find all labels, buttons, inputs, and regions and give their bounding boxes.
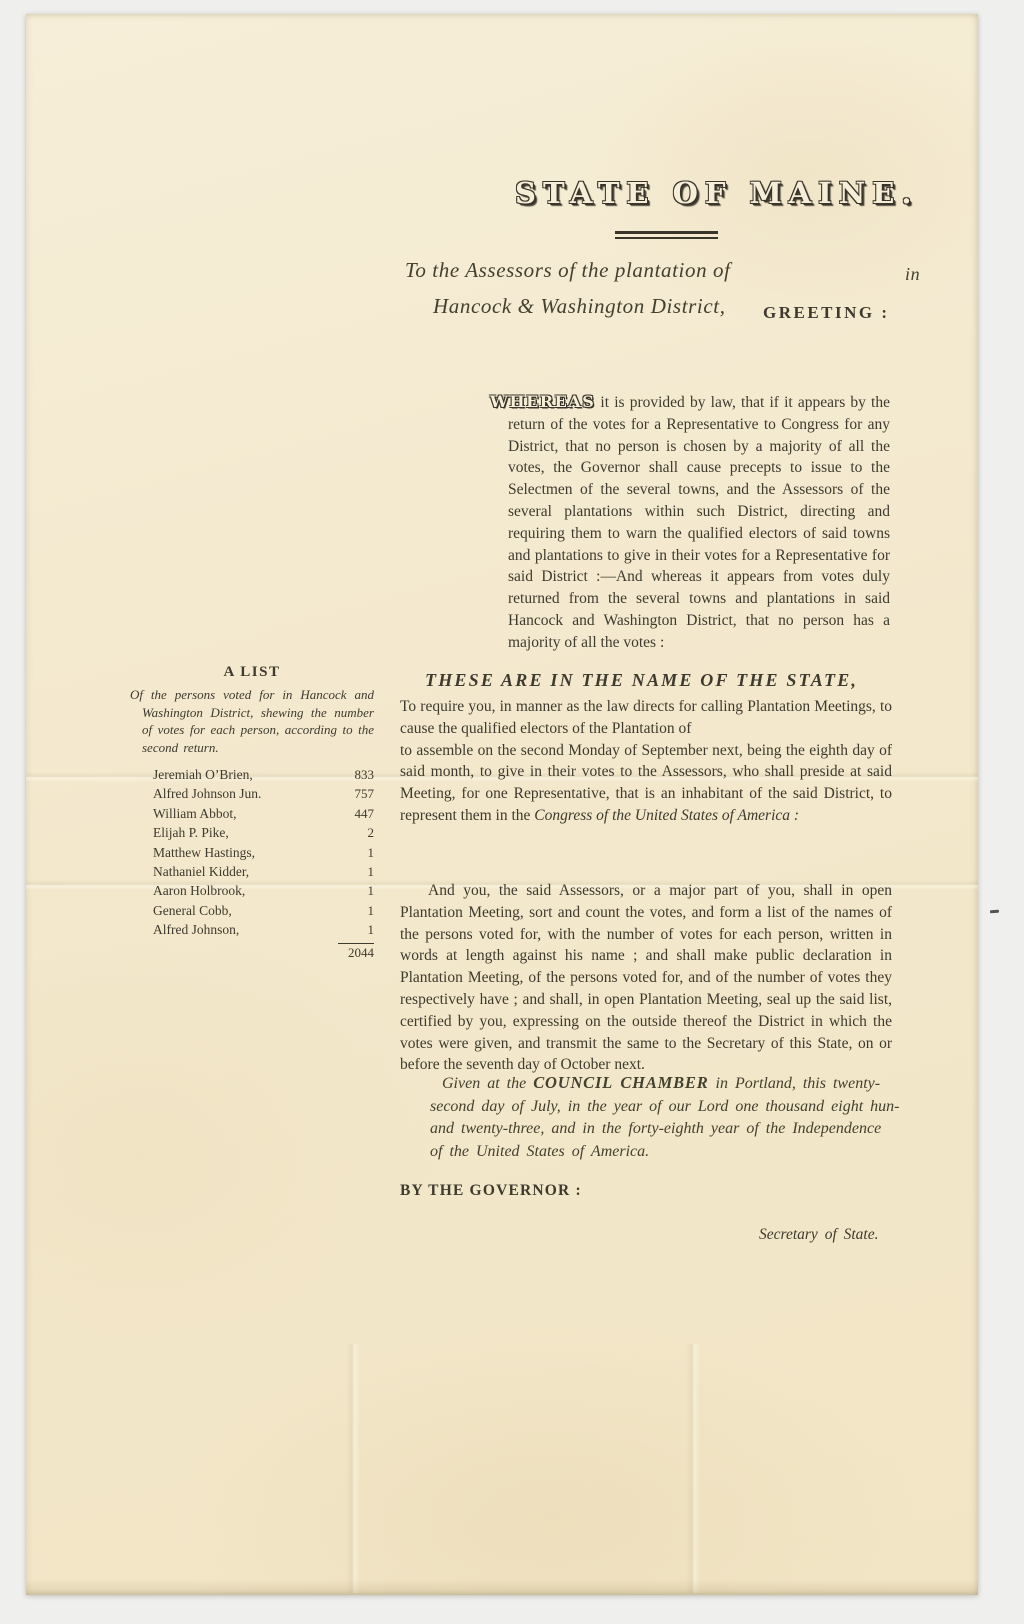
vote-list-row: Elijah P. Pike,2 <box>130 823 374 842</box>
vote-list-row: William Abbot,447 <box>130 804 374 823</box>
voter-name: William Abbot, <box>153 804 236 823</box>
voter-name: Matthew Hastings, <box>153 843 255 862</box>
vote-list-row: Alfred Johnson,1 <box>130 920 374 939</box>
voter-name: Alfred Johnson, <box>153 920 239 939</box>
title-divider-rule <box>615 231 718 239</box>
vote-list-description: Of the persons voted for in Hancock and … <box>130 686 374 756</box>
vote-list-row: General Cobb,1 <box>130 901 374 920</box>
vote-count: 1 <box>368 862 375 881</box>
vote-total-value: 2044 <box>130 945 374 960</box>
vote-list-row: Nathaniel Kidder,1 <box>130 862 374 881</box>
given-line-1: Given at the COUNCIL CHAMBER in Portland… <box>430 1072 900 1096</box>
vote-count: 833 <box>355 765 375 784</box>
vote-total-rule <box>338 943 374 944</box>
voter-name: Aaron Holbrook, <box>153 881 245 900</box>
vote-list: A LIST Of the persons voted for in Hanco… <box>130 664 374 960</box>
proclamation-paragraph-1: To require you, in manner as the law dir… <box>400 696 892 827</box>
vote-count: 447 <box>355 804 375 823</box>
vote-list-row: Jeremiah O’Brien,833 <box>130 765 374 784</box>
stray-ink-mark <box>990 910 999 914</box>
voter-name: Elijah P. Pike, <box>153 823 229 842</box>
proclamation-paragraph-1a: To require you, in manner as the law dir… <box>400 696 892 740</box>
proclamation-paragraph-1b: to assemble on the second Monday of Sept… <box>400 740 892 827</box>
salutation-line2: Hancock & Washington District, <box>433 294 726 319</box>
vote-list-row: Alfred Johnson Jun.757 <box>130 784 374 803</box>
voter-name: Alfred Johnson Jun. <box>153 784 261 803</box>
vote-count: 1 <box>368 920 375 939</box>
given-line-2: second day of July, in the year of our L… <box>430 1096 900 1119</box>
secretary-of-state-label: Secretary of State. <box>759 1226 879 1244</box>
scanned-document-page: { "document": { "title": "STATE OF MAINE… <box>0 0 1024 1624</box>
vote-count: 1 <box>368 843 375 862</box>
whereas-lead-word: WHEREAS <box>490 392 595 411</box>
salutation-line1: To the Assessors of the plantation of <box>405 258 731 283</box>
given-line1-post: in Portland, this twenty- <box>709 1075 881 1092</box>
vote-count: 1 <box>368 881 375 900</box>
voter-name: Jeremiah O’Brien, <box>153 765 253 784</box>
vertical-fold-crease <box>346 1344 360 1593</box>
given-dateline: Given at the COUNCIL CHAMBER in Portland… <box>430 1072 900 1163</box>
vote-list-title: A LIST <box>130 664 374 681</box>
vote-count: 1 <box>368 901 375 920</box>
proclamation-paragraph-2: And you, the said Assessors, or a major … <box>400 880 892 1076</box>
council-chamber-text: COUNCIL CHAMBER <box>533 1073 708 1092</box>
vote-count: 757 <box>355 784 375 803</box>
vertical-fold-crease <box>686 1344 700 1593</box>
greeting-label: GREETING : <box>763 303 890 323</box>
vote-count: 2 <box>368 823 375 842</box>
given-line1-pre: Given at the <box>442 1075 533 1092</box>
vote-list-row: Matthew Hastings,1 <box>130 843 374 862</box>
given-line-4: of the United States of America. <box>430 1141 900 1164</box>
vote-list-rows: Jeremiah O’Brien,833Alfred Johnson Jun.7… <box>130 765 374 940</box>
salutation-in: in <box>905 264 920 285</box>
document-paper: STATE OF MAINE. To the Assessors of the … <box>26 14 978 1595</box>
whereas-body-text: it is provided by law, that if it appear… <box>508 394 890 651</box>
by-governor-label: BY THE GOVERNOR : <box>400 1182 582 1200</box>
voter-name: General Cobb, <box>153 901 232 920</box>
voter-name: Nathaniel Kidder, <box>153 862 249 881</box>
paragraph-1b-italic-text: Congress of the United States of America… <box>534 807 799 824</box>
given-line-3: and twenty-three, and in the forty-eight… <box>430 1118 900 1141</box>
whereas-paragraph: WHEREAS it is provided by law, that if i… <box>490 391 890 654</box>
proclamation-heading: THESE ARE IN THE NAME OF THE STATE, <box>400 670 858 691</box>
vote-list-row: Aaron Holbrook,1 <box>130 881 374 900</box>
document-title: STATE OF MAINE. <box>515 176 918 210</box>
